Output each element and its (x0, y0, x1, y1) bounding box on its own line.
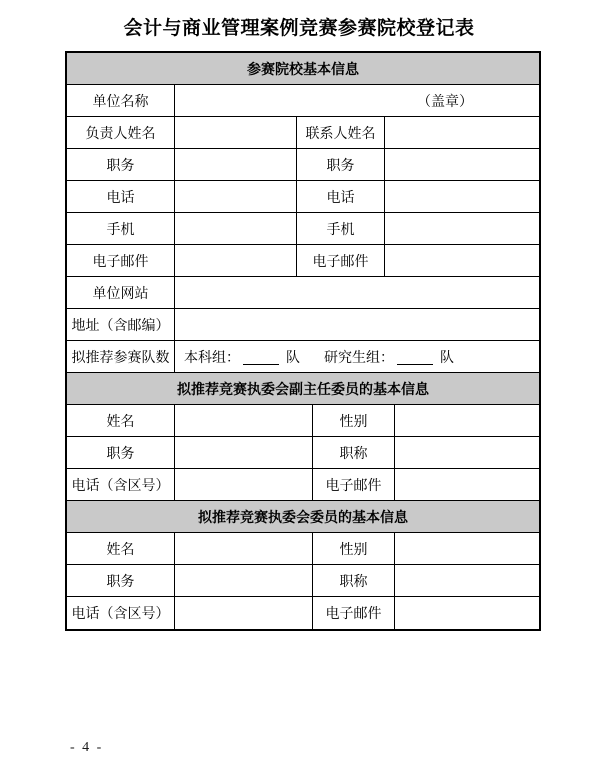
page-title: 会计与商业管理案例竞赛参赛院校登记表 (0, 13, 598, 40)
table-row: 拟推荐竞赛执委会副主任委员的基本信息 (67, 373, 539, 405)
teams-count-field: 本科组： 队 研究生组： 队 (175, 341, 539, 372)
principal-mobile-field (175, 213, 297, 244)
principal-phone-field (175, 181, 297, 212)
unit-name-label: 单位名称 (67, 85, 175, 116)
grad-group-label: 研究生组： (324, 347, 394, 367)
principal-position-field (175, 149, 297, 180)
table-row: 负责人姓名 联系人姓名 (67, 117, 539, 149)
vicechair-position-field (175, 437, 313, 468)
member-rank-field (395, 565, 539, 596)
vicechair-phone-label: 电话（含区号） (67, 469, 175, 500)
table-row: 电子邮件 电子邮件 (67, 245, 539, 277)
member-phone-field (175, 597, 313, 629)
vicechair-rank-field (395, 437, 539, 468)
vicechair-position-label: 职务 (67, 437, 175, 468)
member-email-field (395, 597, 539, 629)
vicechair-name-label: 姓名 (67, 405, 175, 436)
member-gender-label: 性别 (313, 533, 395, 564)
principal-position-label: 职务 (67, 149, 175, 180)
grad-unit-label: 队 (440, 347, 454, 367)
member-gender-field (395, 533, 539, 564)
member-phone-label: 电话（含区号） (67, 597, 175, 629)
table-row: 职务 职称 (67, 565, 539, 597)
website-field (175, 277, 539, 308)
principal-mobile-label: 手机 (67, 213, 175, 244)
table-row: 职务 职称 (67, 437, 539, 469)
principal-name-field (175, 117, 297, 148)
page-number: - 4 - (70, 740, 103, 756)
document-page: 会计与商业管理案例竞赛参赛院校登记表 参赛院校基本信息 单位名称 （盖章） 负责… (0, 0, 598, 771)
vicechair-rank-label: 职称 (313, 437, 395, 468)
contact-mobile-label: 手机 (297, 213, 385, 244)
table-row: 职务 职务 (67, 149, 539, 181)
vicechair-email-label: 电子邮件 (313, 469, 395, 500)
table-row: 姓名 性别 (67, 405, 539, 437)
member-position-field (175, 565, 313, 596)
table-row: 拟推荐参赛队数 本科组： 队 研究生组： 队 (67, 341, 539, 373)
address-field (175, 309, 539, 340)
section-header-basic-info: 参赛院校基本信息 (67, 53, 539, 84)
contact-position-label: 职务 (297, 149, 385, 180)
contact-mobile-field (385, 213, 539, 244)
member-rank-label: 职称 (313, 565, 395, 596)
seal-note: （盖章） (417, 91, 473, 111)
undergrad-unit-label: 队 (286, 347, 300, 367)
website-label: 单位网站 (67, 277, 175, 308)
unit-name-field: （盖章） (175, 85, 539, 116)
contact-phone-label: 电话 (297, 181, 385, 212)
principal-email-label: 电子邮件 (67, 245, 175, 276)
principal-phone-label: 电话 (67, 181, 175, 212)
contact-position-field (385, 149, 539, 180)
table-row: 参赛院校基本信息 (67, 53, 539, 85)
table-row: 电话 电话 (67, 181, 539, 213)
section-header-member: 拟推荐竞赛执委会委员的基本信息 (67, 501, 539, 532)
member-name-label: 姓名 (67, 533, 175, 564)
contact-email-label: 电子邮件 (297, 245, 385, 276)
table-row: 电话（含区号） 电子邮件 (67, 469, 539, 501)
table-row: 电话（含区号） 电子邮件 (67, 597, 539, 629)
member-position-label: 职务 (67, 565, 175, 596)
member-email-label: 电子邮件 (313, 597, 395, 629)
principal-name-label: 负责人姓名 (67, 117, 175, 148)
table-row: 姓名 性别 (67, 533, 539, 565)
vicechair-name-field (175, 405, 313, 436)
vicechair-gender-field (395, 405, 539, 436)
contact-name-field (385, 117, 539, 148)
vicechair-email-field (395, 469, 539, 500)
table-row: 单位网站 (67, 277, 539, 309)
address-label: 地址（含邮编） (67, 309, 175, 340)
contact-phone-field (385, 181, 539, 212)
teams-count-label: 拟推荐参赛队数 (67, 341, 175, 372)
undergrad-count-blank (243, 349, 279, 365)
principal-email-field (175, 245, 297, 276)
table-row: 手机 手机 (67, 213, 539, 245)
contact-email-field (385, 245, 539, 276)
vicechair-gender-label: 性别 (313, 405, 395, 436)
section-header-vice-chair: 拟推荐竞赛执委会副主任委员的基本信息 (67, 373, 539, 404)
table-row: 拟推荐竞赛执委会委员的基本信息 (67, 501, 539, 533)
registration-table: 参赛院校基本信息 单位名称 （盖章） 负责人姓名 联系人姓名 职务 职务 电话 … (65, 51, 541, 631)
member-name-field (175, 533, 313, 564)
table-row: 地址（含邮编） (67, 309, 539, 341)
grad-count-blank (397, 349, 433, 365)
undergrad-group-label: 本科组： (184, 347, 240, 367)
vicechair-phone-field (175, 469, 313, 500)
contact-name-label: 联系人姓名 (297, 117, 385, 148)
table-row: 单位名称 （盖章） (67, 85, 539, 117)
